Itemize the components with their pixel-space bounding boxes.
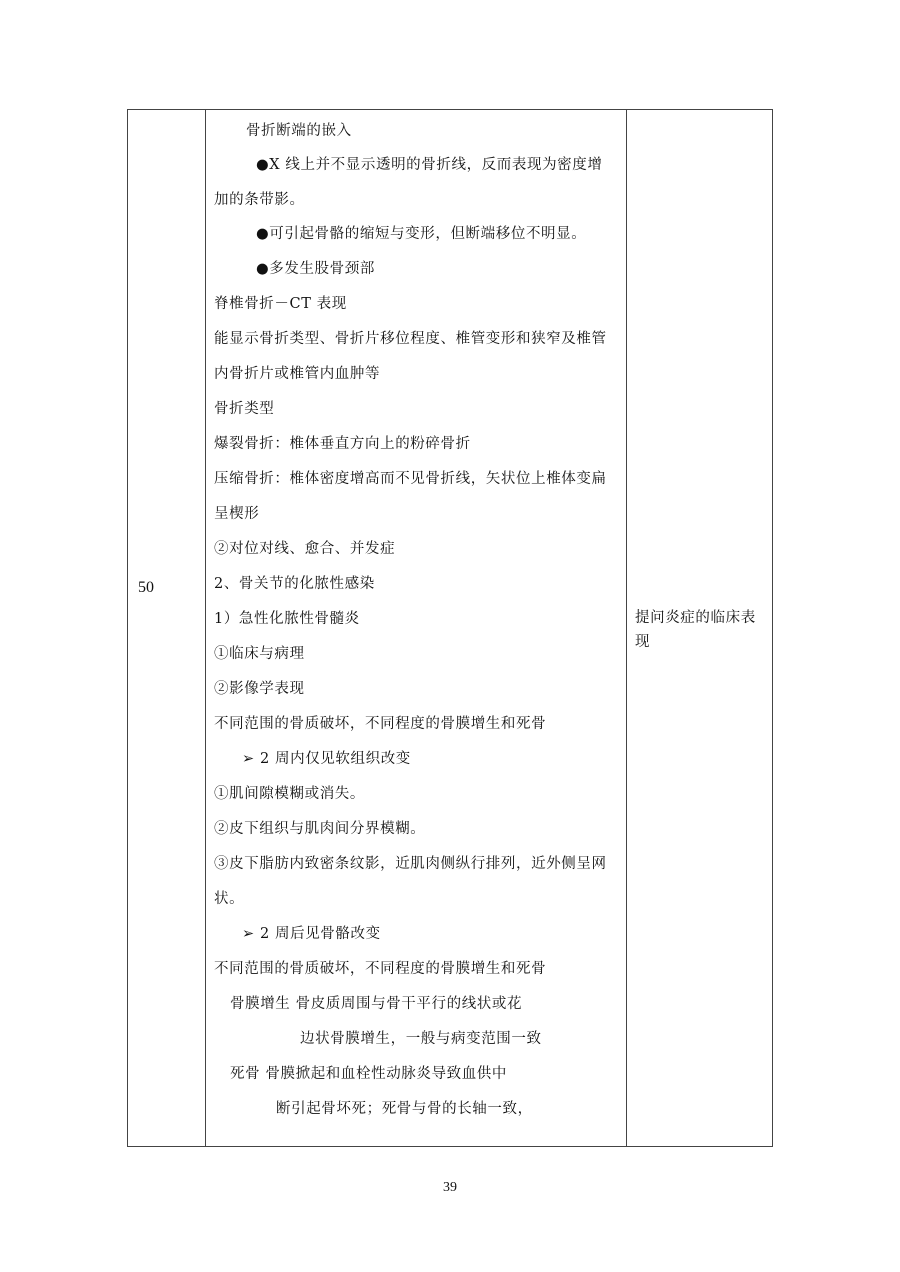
content-line: 爆裂骨折：椎体垂直方向上的粉碎骨折 — [214, 434, 471, 454]
content-line: 脊椎骨折－CT 表现 — [214, 294, 347, 314]
content-line: ②对位对线、愈合、并发症 — [214, 539, 395, 559]
content-line: ①肌间隙模糊或消失。 — [214, 784, 365, 804]
content-line: ③皮下脂肪内致密条纹影，近肌肉侧纵行排列，近外侧呈网 — [214, 854, 607, 874]
content-line: 不同范围的骨质破坏，不同程度的骨膜增生和死骨 — [214, 714, 546, 734]
column-divider-2 — [626, 110, 627, 1146]
content-line: ②皮下组织与肌肉间分界模糊。 — [214, 819, 425, 839]
content-line: ●可引起骨骼的缩短与变形，但断端移位不明显。 — [256, 224, 586, 244]
content-line: 能显示骨折类型、骨折片移位程度、椎管变形和狭窄及椎管 — [214, 329, 607, 349]
content-line: 骨膜增生 骨皮质周围与骨干平行的线状或花 — [230, 994, 522, 1014]
content-line: 不同范围的骨质破坏，不同程度的骨膜增生和死骨 — [214, 959, 546, 979]
content-line: ➢ 2 周后见骨骼改变 — [242, 924, 381, 944]
content-line: 1）急性化脓性骨髓炎 — [214, 609, 360, 629]
content-line: 断引起骨坏死；死骨与骨的长轴一致， — [276, 1099, 533, 1119]
content-line: 骨折断端的嵌入 — [246, 121, 352, 141]
minutes-cell: 50 — [138, 579, 154, 597]
content-line: ●多发生股骨颈部 — [256, 259, 375, 279]
content-line: 边状骨膜增生，一般与病变范围一致 — [300, 1029, 542, 1049]
notes-cell: 提问炎症的临床表现 — [635, 606, 765, 654]
page-number: 39 — [0, 1180, 900, 1196]
content-line: 状。 — [214, 889, 244, 909]
content-line: ①临床与病理 — [214, 644, 305, 664]
content-line: 死骨 骨膜掀起和血栓性动脉炎导致血供中 — [230, 1064, 507, 1084]
content-line: 加的条带影。 — [214, 190, 305, 210]
content-line: 内骨折片或椎管内血肿等 — [214, 364, 380, 384]
column-divider-1 — [205, 110, 206, 1146]
content-line: ➢ 2 周内仅见软组织改变 — [242, 749, 411, 769]
lesson-plan-table: 50 骨折断端的嵌入●X 线上并不显示透明的骨折线，反而表现为密度增加的条带影。… — [127, 109, 773, 1147]
content-line: ●X 线上并不显示透明的骨折线，反而表现为密度增 — [256, 155, 602, 175]
content-line: 呈楔形 — [214, 504, 259, 524]
content-line: 压缩骨折：椎体密度增高而不见骨折线，矢状位上椎体变扁 — [214, 469, 607, 489]
content-line: 骨折类型 — [214, 399, 274, 419]
content-line: ②影像学表现 — [214, 679, 305, 699]
content-line: 2、骨关节的化脓性感染 — [214, 574, 375, 594]
